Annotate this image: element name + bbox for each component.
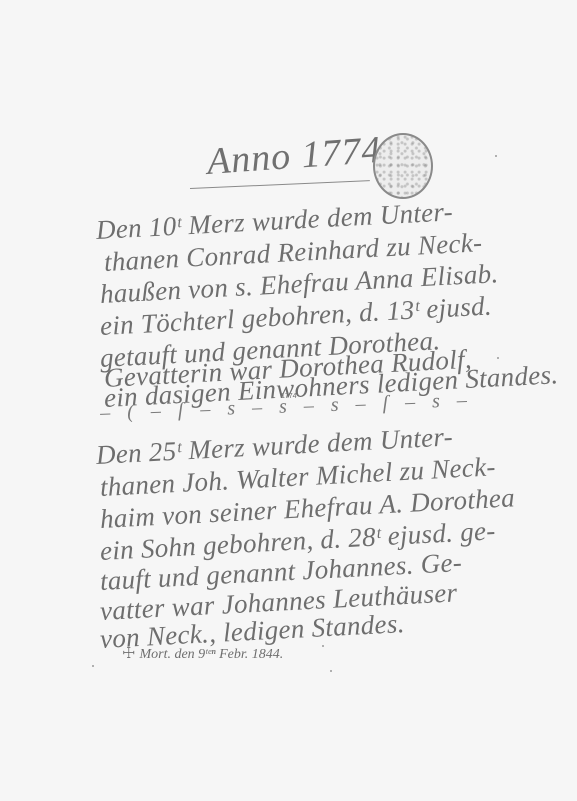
scan-speck (322, 645, 324, 647)
page-title: Anno 1774 (205, 128, 382, 184)
scan-speck (330, 670, 332, 672)
cross-icon: ☩ (122, 646, 135, 662)
wax-seal-icon (373, 133, 433, 199)
scan-speck (495, 155, 497, 157)
scan-speck (497, 357, 499, 359)
scan-speck (92, 665, 94, 667)
death-annotation: ☩Mort. den 9ᵗᵉⁿ Febr. 1844. (122, 644, 283, 663)
document-page: Anno 1774 Den 10ᵗ Merz wurde dem Unter- … (0, 0, 577, 801)
death-annotation-text: Mort. den 9ᵗᵉⁿ Febr. 1844. (139, 647, 283, 662)
